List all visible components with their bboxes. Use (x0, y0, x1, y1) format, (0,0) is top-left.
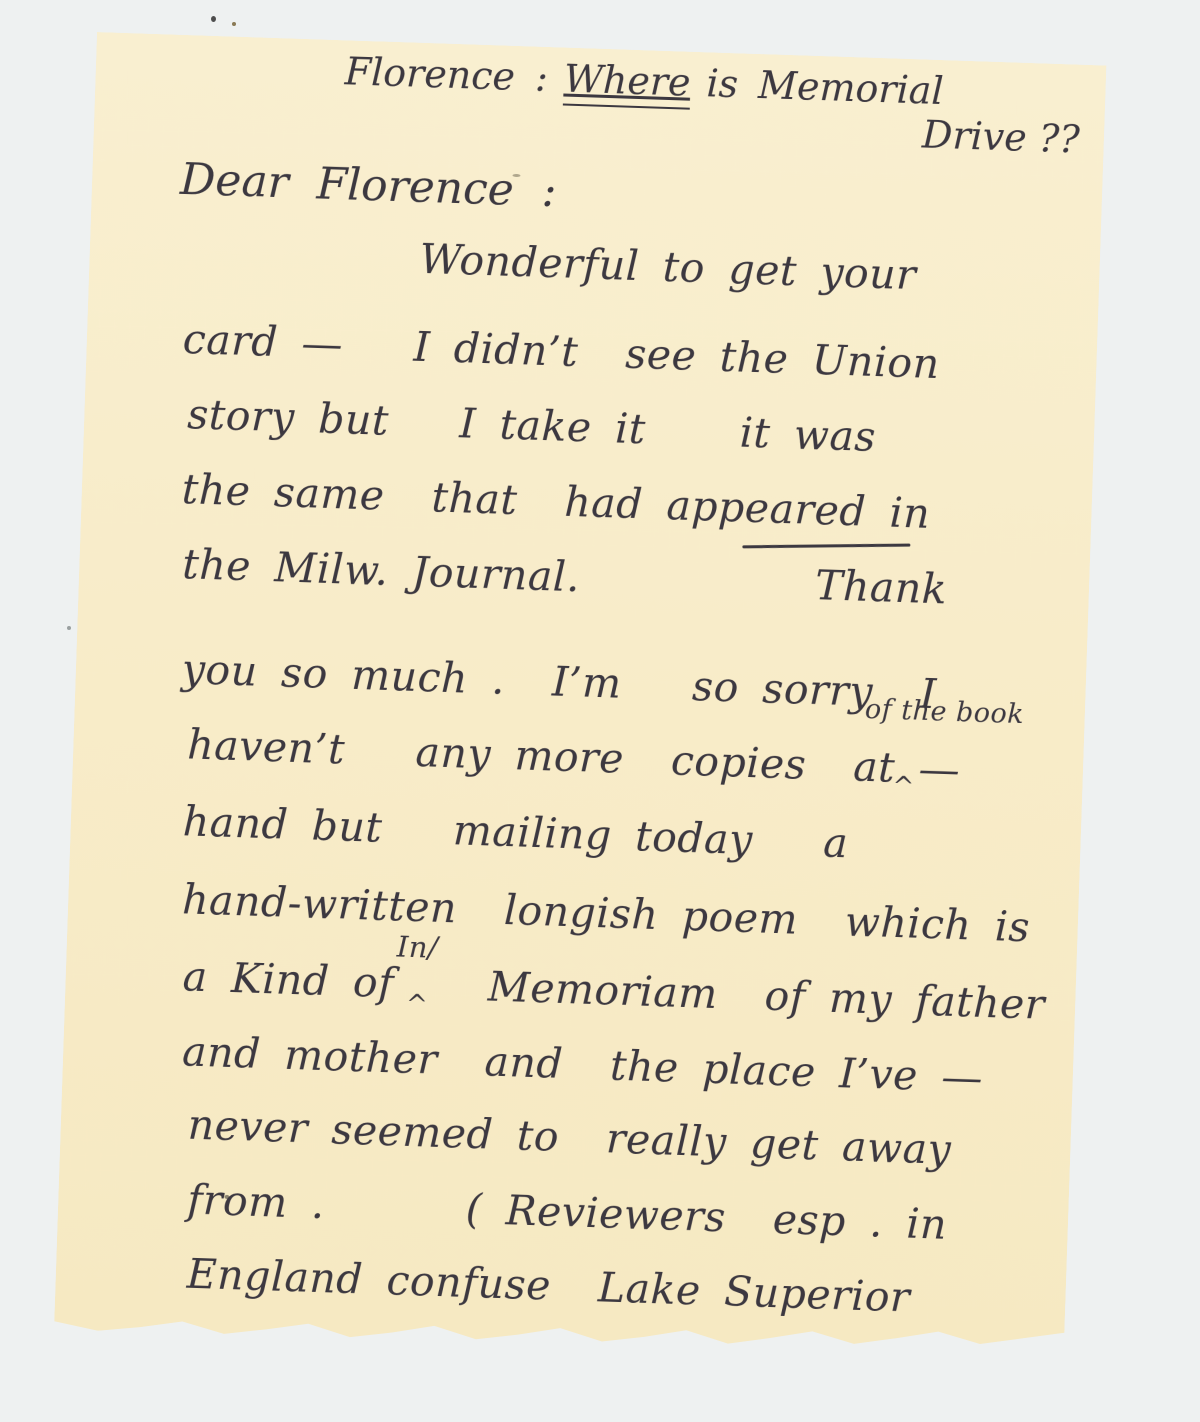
handwritten-line: never seemed to really get away (187, 1102, 952, 1174)
annotation-line2: Drive ?? (921, 113, 1080, 162)
annotation-prefix: Florence : (344, 50, 549, 104)
handwritten-line: card — I didn’t see the Union (182, 316, 940, 388)
handwritten-line: hand but mailing today a (182, 798, 849, 867)
insertion-in: In/ (396, 930, 438, 965)
dust-speck (211, 16, 216, 22)
handwritten-line: you so much . I’m so sorry I (181, 646, 937, 718)
handwritten-line: from . ( Reviewers esp . in (187, 1177, 948, 1249)
handwritten-line: a Kind of Memoriam of my father (182, 953, 1046, 1029)
caret-mark: ^ (892, 773, 915, 804)
insertion-of-the-book: of the book (864, 694, 1024, 730)
salutation: Dear Florence : (179, 155, 557, 218)
handwritten-line: haven’t any more copies at — (187, 721, 961, 794)
caret-mark: ^ (405, 991, 428, 1022)
annotation-rest: is Memorial (706, 62, 945, 118)
dust-speck (67, 626, 71, 630)
pen-stroke (742, 544, 910, 549)
annotation-header: Florence : Where is Memorial (344, 50, 944, 118)
handwritten-line: story but I take it it was (187, 391, 877, 461)
handwritten-line: hand-written longish poem which is (181, 876, 1030, 951)
annotation-underlined-word: Where (563, 58, 691, 110)
handwritten-line: England confuse Lake Superior (186, 1251, 911, 1322)
handwritten-line: Wonderful to get your (419, 236, 917, 300)
handwritten-line: the same that had appeared in (181, 466, 931, 538)
handwritten-line: and mother and the place I’ve — (181, 1028, 983, 1102)
letter-paper: Florence : Where is Memorial Drive ?? De… (54, 32, 1107, 1365)
dust-speck (232, 22, 236, 26)
handwritten-line: the Milw. Journal. Thank (182, 541, 948, 613)
